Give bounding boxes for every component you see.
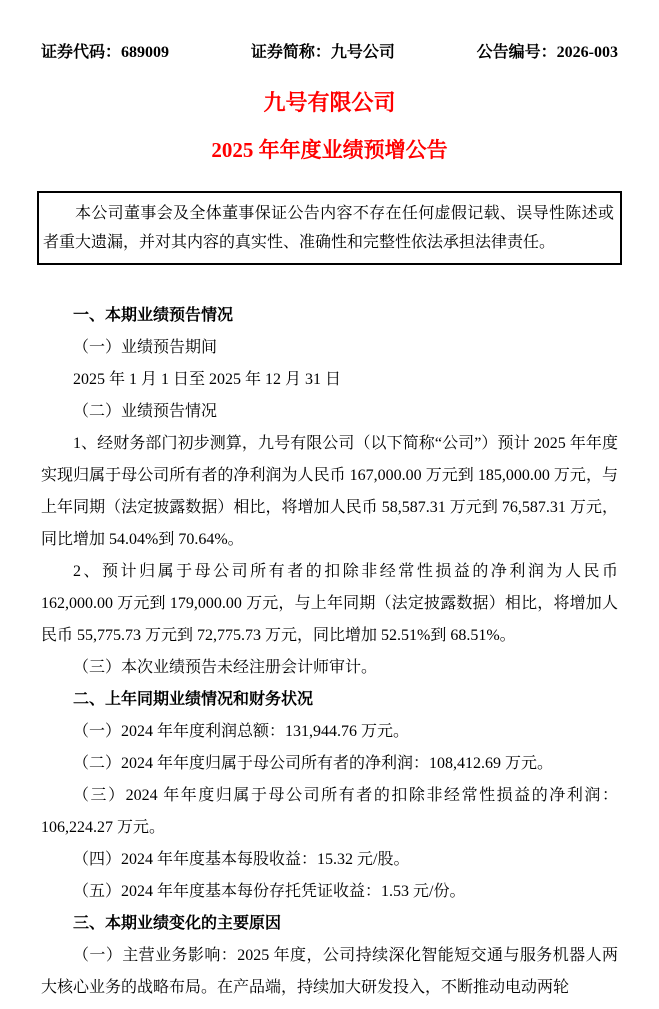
disclaimer-box: 本公司董事会及全体董事保证公告内容不存在任何虚假记载、误导性陈述或者重大遗漏，并… [37, 191, 622, 265]
unaudited-note: （三）本次业绩预告未经注册会计师审计。 [41, 652, 618, 684]
stock-code-value: 689009 [121, 44, 169, 61]
section-2-heading: 二、上年同期业绩情况和财务状况 [41, 684, 618, 716]
stock-code: 证券代码：689009 [41, 44, 169, 62]
prior-year-deducted-net-profit: （三）2024 年年度归属于母公司所有者的扣除非经常性损益的净利润：106,22… [41, 780, 618, 844]
forecast-period: 2025 年 1 月 1 日至 2025 年 12 月 31 日 [41, 364, 618, 396]
section-1-item-1: （一）业绩预告期间 [41, 332, 618, 364]
section-3-heading: 三、本期业绩变化的主要原因 [41, 908, 618, 940]
document-header: 证券代码：689009 证券简称：九号公司 公告编号：2026-003 [41, 44, 618, 62]
stock-name-value: 九号公司 [331, 44, 395, 61]
company-title: 九号有限公司 [41, 89, 618, 116]
document-body: 一、本期业绩预告情况 （一）业绩预告期间 2025 年 1 月 1 日至 202… [41, 300, 618, 1004]
announcement-number-label: 公告编号： [477, 44, 557, 61]
main-business-impact-paragraph: （一）主营业务影响：2025 年度，公司持续深化智能短交通与服务机器人两大核心业… [41, 940, 618, 1004]
deducted-net-profit-forecast-paragraph: 2、预计归属于母公司所有者的扣除非经常性损益的净利润为人民币 162,000.0… [41, 556, 618, 652]
prior-year-cdr-earnings: （五）2024 年年度基本每份存托凭证收益：1.53 元/份。 [41, 876, 618, 908]
stock-name-label: 证券简称： [251, 44, 331, 61]
announcement-page: 证券代码：689009 证券简称：九号公司 公告编号：2026-003 九号有限… [0, 0, 659, 1009]
announcement-title: 2025 年年度业绩预增公告 [41, 137, 618, 164]
prior-year-net-profit: （二）2024 年年度归属于母公司所有者的净利润：108,412.69 万元。 [41, 748, 618, 780]
prior-year-eps: （四）2024 年年度基本每股收益：15.32 元/股。 [41, 844, 618, 876]
net-profit-forecast-paragraph: 1、经财务部门初步测算，九号有限公司（以下简称“公司”）预计 2025 年年度实… [41, 428, 618, 556]
section-1-item-2: （二）业绩预告情况 [41, 396, 618, 428]
announcement-number-value: 2026-003 [557, 44, 618, 61]
stock-name: 证券简称：九号公司 [251, 44, 395, 62]
section-1-heading: 一、本期业绩预告情况 [41, 300, 618, 332]
disclaimer-text: 本公司董事会及全体董事保证公告内容不存在任何虚假记载、误导性陈述或者重大遗漏，并… [43, 199, 614, 257]
prior-year-total-profit: （一）2024 年年度利润总额：131,944.76 万元。 [41, 716, 618, 748]
stock-code-label: 证券代码： [41, 44, 121, 61]
announcement-number: 公告编号：2026-003 [477, 44, 618, 62]
